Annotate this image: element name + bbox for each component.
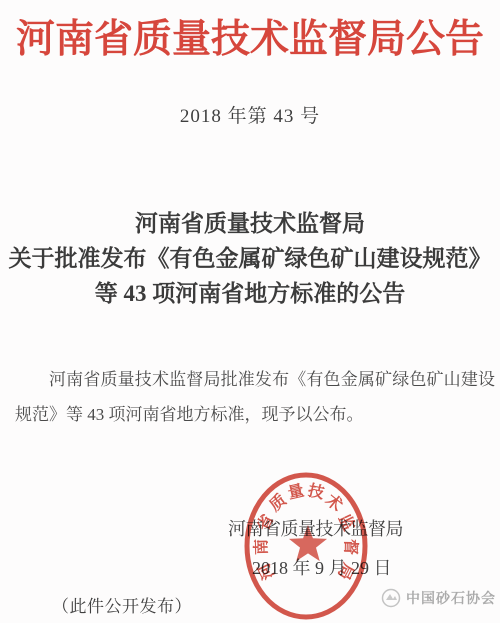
- announcement-subject: 河南省质量技术监督局 关于批准发布《有色金属矿绿色矿山建设规范》 等 43 项河…: [0, 206, 500, 311]
- seal-ring-char: 术: [321, 490, 346, 515]
- seal-ring-char: 督: [341, 539, 359, 555]
- official-seal: 河南省质量技术监督局: [238, 470, 374, 623]
- subject-line-1: 河南省质量技术监督局: [0, 206, 500, 241]
- seal-ring-char: 局: [334, 560, 357, 582]
- seal-ring-char: 监: [335, 511, 359, 534]
- public-release-note: （此件公开发布）: [52, 592, 192, 617]
- body-paragraph: 河南省质量技术监督局批准发布《有色金属矿绿色矿山建设规范》等 43 项河南省地方…: [15, 362, 495, 432]
- seal-ring-char: 量: [286, 480, 306, 502]
- seal-ring-char: 南: [251, 539, 270, 555]
- star-icon: [289, 525, 327, 561]
- seal-ring-char: 技: [305, 481, 326, 502]
- subject-line-3: 等 43 项河南省地方标准的公告: [0, 276, 500, 311]
- seal-ring-char: 河: [255, 560, 278, 582]
- document-title: 河南省质量技术监督局公告: [0, 8, 500, 64]
- announcement-document: 河南省质量技术监督局公告 2018 年第 43 号 河南省质量技术监督局 关于批…: [0, 0, 500, 623]
- association-logo-icon: [381, 588, 401, 608]
- document-number: 2018 年第 43 号: [0, 101, 500, 128]
- subject-line-2: 关于批准发布《有色金属矿绿色矿山建设规范》: [0, 241, 500, 276]
- seal-ring-char: 省: [254, 512, 277, 534]
- watermark: 中国砂石协会: [381, 588, 496, 608]
- watermark-text: 中国砂石协会: [406, 588, 496, 608]
